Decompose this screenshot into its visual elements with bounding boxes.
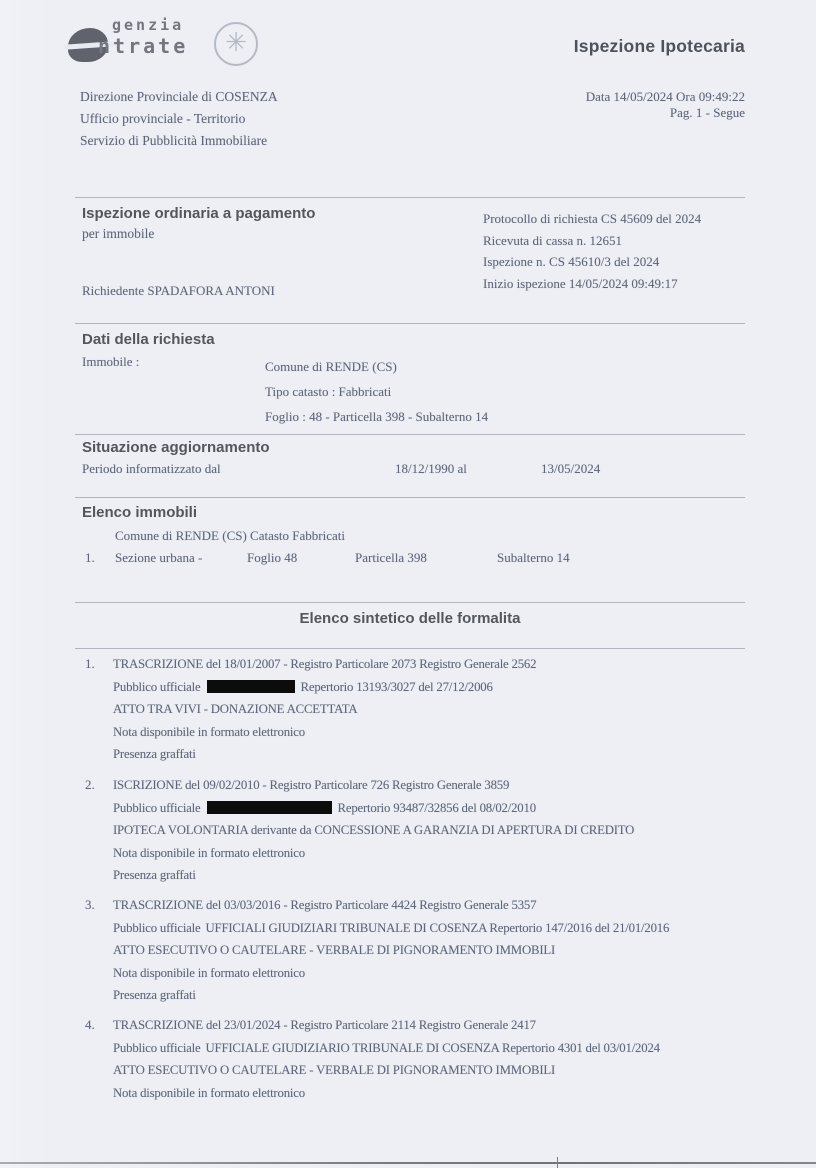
formality-note-line: Nota disponibile in formato elettronico: [113, 721, 536, 744]
inspection-subtitle: per immobile: [82, 226, 315, 242]
formality-graffati-line: Presenza graffati: [113, 984, 669, 1007]
official-suffix: UFFICIALE GIUDIZIARIO TRIBUNALE DI COSEN…: [206, 1041, 660, 1055]
formality-official-line: Pubblico ufficialeUFFICIALI GIUDIZIARI T…: [113, 917, 669, 940]
property-row-foglio: Foglio 48: [247, 550, 297, 566]
divider: [75, 648, 745, 649]
formalities-title: Elenco sintetico delle formalita: [75, 610, 745, 627]
property-row-sezione: Sezione urbana -: [115, 550, 202, 566]
protocol-block: Protocollo di richiesta CS 45609 del 202…: [483, 208, 701, 294]
formality-registration-line: TRASCRIZIONE del 03/03/2016 - Registro P…: [113, 894, 669, 917]
formality-number: 4.: [85, 1014, 113, 1104]
date-time-line: Data 14/05/2024 Ora 09:49:22: [460, 89, 745, 105]
request-data-title: Dati della richiesta: [82, 331, 215, 348]
official-suffix: Repertorio 13193/3027 del 27/12/2006: [301, 680, 493, 694]
formality-registration-line: ISCRIZIONE del 09/02/2010 - Registro Par…: [113, 774, 634, 797]
property-row-particella: Particella 398: [355, 550, 427, 566]
inspection-start-line: Inizio ispezione 14/05/2024 09:49:17: [483, 273, 701, 295]
official-suffix: UFFICIALI GIUDIZIARI TRIBUNALE DI COSENZ…: [206, 921, 670, 935]
document-title: Ispezione Ipotecaria: [460, 36, 745, 57]
property-details: Comune di RENDE (CS) Tipo catasto : Fabb…: [265, 354, 488, 429]
inspection-number-line: Ispezione n. CS 45610/3 del 2024: [483, 251, 701, 273]
receipt-line: Ricevuta di cassa n. 12651: [483, 230, 701, 252]
formality-note-line: Nota disponibile in formato elettronico: [113, 962, 669, 985]
period-label: Periodo informatizzato dal: [82, 461, 221, 477]
property-tipo-catasto: Tipo catasto : Fabbricati: [265, 379, 488, 404]
update-status-title: Situazione aggiornamento: [82, 439, 270, 456]
formality-item-2: 2. ISCRIZIONE del 09/02/2010 - Registro …: [85, 774, 634, 887]
formality-number: 2.: [85, 774, 113, 887]
inspection-title: Ispezione ordinaria a pagamento: [82, 205, 315, 222]
property-list-subtitle: Comune di RENDE (CS) Catasto Fabbricati: [115, 528, 345, 544]
property-foglio-particella: Foglio : 48 - Particella 398 - Subaltern…: [265, 404, 488, 429]
formality-graffati-line: Presenza graffati: [113, 864, 634, 887]
inspection-section-header: Ispezione ordinaria a pagamento per immo…: [82, 205, 315, 242]
scan-bottom-edge: [0, 1162, 816, 1164]
official-prefix: Pubblico ufficiale: [113, 801, 201, 815]
formality-body: TRASCRIZIONE del 23/01/2024 - Registro P…: [113, 1014, 660, 1104]
protocol-line: Protocollo di richiesta CS 45609 del 202…: [483, 208, 701, 230]
official-prefix: Pubblico ufficiale: [113, 680, 201, 694]
page-indicator: Pag. 1 - Segue: [460, 105, 745, 121]
formality-item-1: 1. TRASCRIZIONE del 18/01/2007 - Registr…: [85, 653, 536, 766]
agenzia-entrate-logo: genzia ntrate ✳: [68, 16, 258, 78]
formality-body: ISCRIZIONE del 09/02/2010 - Registro Par…: [113, 774, 634, 887]
formality-item-3: 3. TRASCRIZIONE del 03/03/2016 - Registr…: [85, 894, 669, 1007]
divider: [75, 602, 745, 603]
formality-note-line: Nota disponibile in formato elettronico: [113, 842, 634, 865]
property-row-subalterno: Subalterno 14: [497, 550, 570, 566]
formality-act-line: ATTO TRA VIVI - DONAZIONE ACCETTATA: [113, 698, 536, 721]
property-comune: Comune di RENDE (CS): [265, 354, 488, 379]
formality-registration-line: TRASCRIZIONE del 18/01/2007 - Registro P…: [113, 653, 536, 676]
formality-official-line: Pubblico ufficialeRepertorio 93487/32856…: [113, 797, 634, 820]
official-suffix: Repertorio 93487/32856 del 08/02/2010: [338, 801, 536, 815]
formality-act-line: ATTO ESECUTIVO O CAUTELARE - VERBALE DI …: [113, 1059, 660, 1082]
divider: [75, 497, 745, 498]
divider: [75, 323, 745, 324]
official-prefix: Pubblico ufficiale: [113, 921, 201, 935]
formality-body: TRASCRIZIONE del 03/03/2016 - Registro P…: [113, 894, 669, 1007]
logo-wordmark: genzia ntrate: [98, 18, 188, 56]
logo-text-line2: ntrate: [98, 36, 188, 56]
office-line-1: Direzione Provinciale di COSENZA: [80, 86, 278, 108]
property-row-number: 1.: [85, 550, 95, 566]
office-line-3: Servizio di Pubblicità Immobiliare: [80, 130, 278, 152]
formality-act-line: IPOTECA VOLONTARIA derivante da CONCESSI…: [113, 819, 634, 842]
office-line-2: Ufficio provinciale - Territorio: [80, 108, 278, 130]
formality-registration-line: TRASCRIZIONE del 23/01/2024 - Registro P…: [113, 1014, 660, 1037]
header-right: Ispezione Ipotecaria Data 14/05/2024 Ora…: [460, 36, 745, 121]
formality-body: TRASCRIZIONE del 18/01/2007 - Registro P…: [113, 653, 536, 766]
formality-official-line: Pubblico ufficialeUFFICIALE GIUDIZIARIO …: [113, 1037, 660, 1060]
formality-item-4: 4. TRASCRIZIONE del 23/01/2024 - Registr…: [85, 1014, 660, 1104]
formality-act-line: ATTO ESECUTIVO O CAUTELARE - VERBALE DI …: [113, 939, 669, 962]
formality-graffati-line: Presenza graffati: [113, 743, 536, 766]
formality-number: 1.: [85, 653, 113, 766]
republic-emblem-icon: ✳: [214, 22, 258, 66]
divider: [75, 197, 745, 198]
redaction-box: [207, 801, 332, 814]
divider: [75, 434, 745, 435]
office-address-block: Direzione Provinciale di COSENZA Ufficio…: [80, 86, 278, 152]
property-label: Immobile :: [82, 354, 139, 370]
official-prefix: Pubblico ufficiale: [113, 1041, 201, 1055]
logo-text-line1: genzia: [112, 18, 188, 33]
redaction-box: [207, 680, 295, 693]
property-list-title: Elenco immobili: [82, 504, 197, 521]
formality-number: 3.: [85, 894, 113, 1007]
formality-note-line: Nota disponibile in formato elettronico: [113, 1082, 660, 1105]
document-page: genzia ntrate ✳ Ispezione Ipotecaria Dat…: [0, 0, 816, 1168]
formality-official-line: Pubblico ufficialeRepertorio 13193/3027 …: [113, 676, 536, 699]
requester-line: Richiedente SPADAFORA ANTONI: [82, 283, 275, 299]
scan-artifact-tick: [557, 1157, 558, 1168]
period-to-date: 13/05/2024: [541, 461, 600, 477]
period-from-date: 18/12/1990 al: [395, 461, 467, 477]
